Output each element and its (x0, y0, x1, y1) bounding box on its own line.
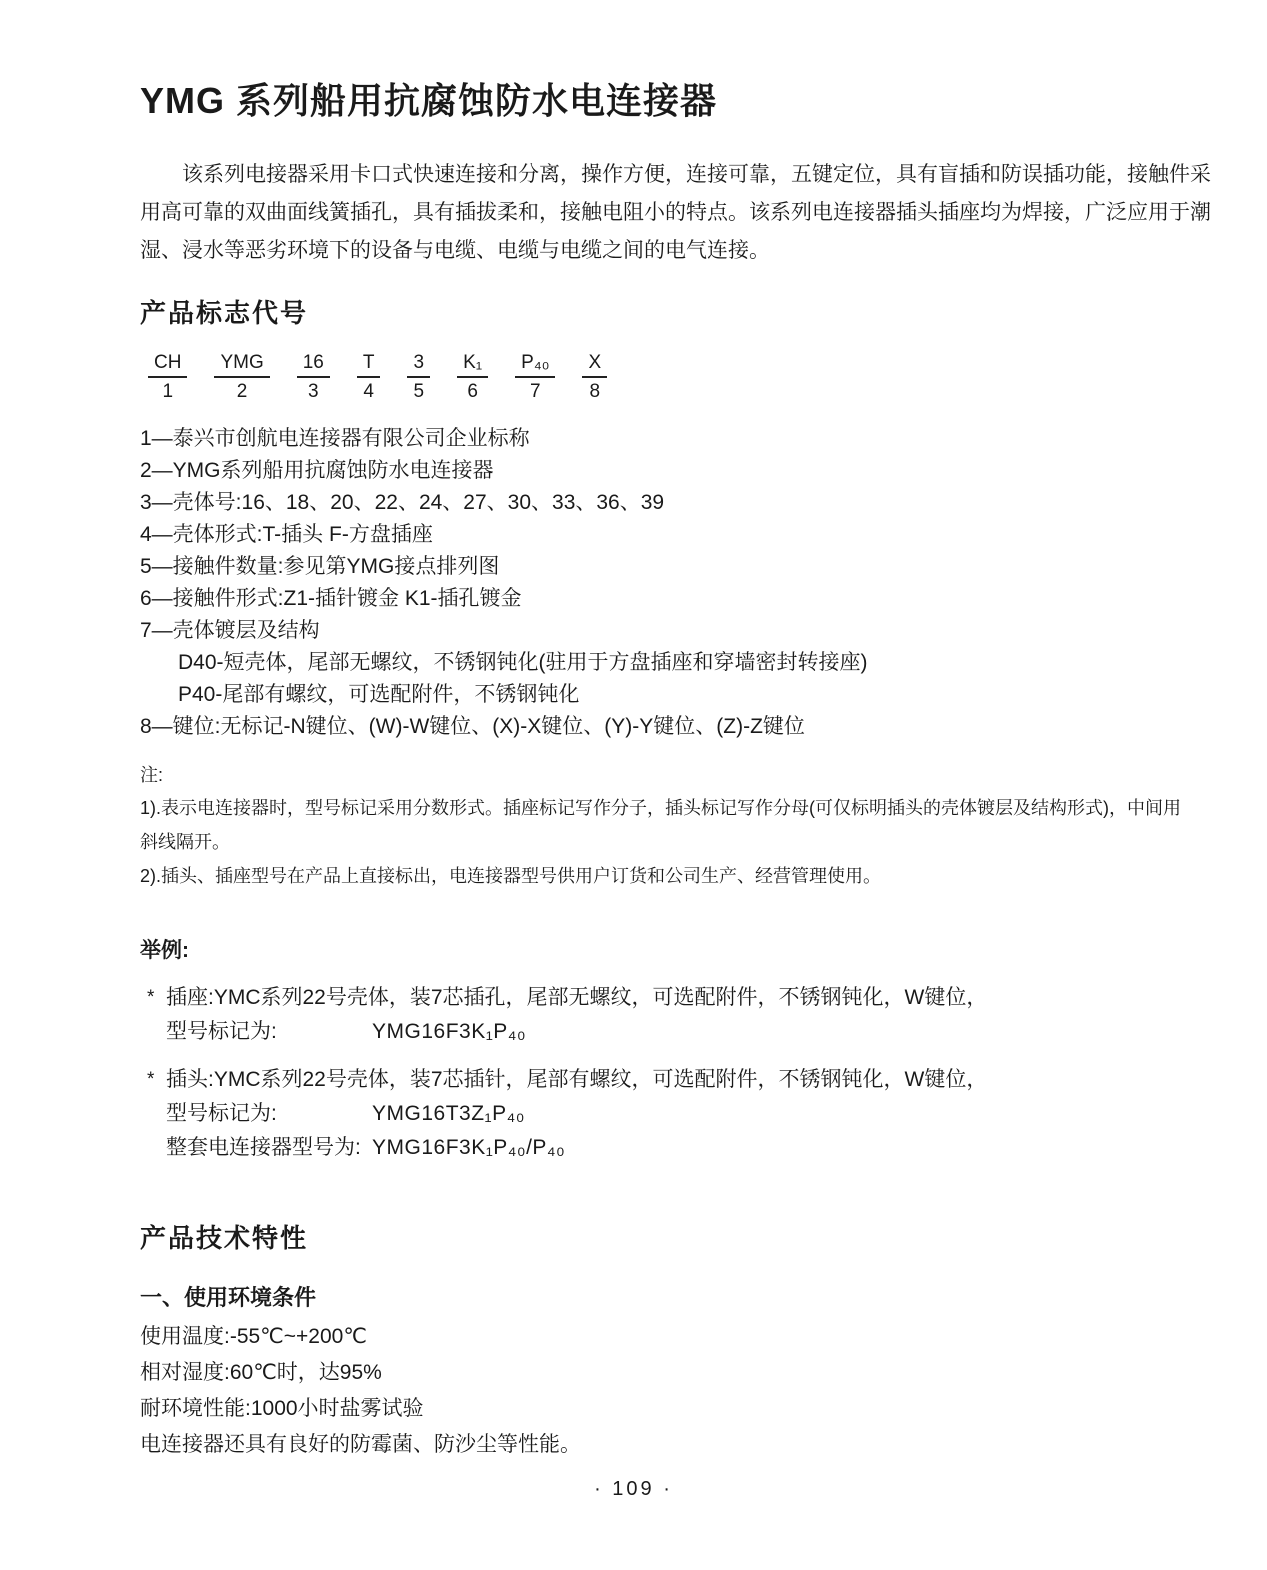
code-fraction: CH 1 (148, 352, 187, 403)
example-model-row: 型号标记为:YMG16F3K₁P₄₀ (140, 1015, 1147, 1049)
document-page: YMG 系列船用抗腐蚀防水电连接器 该系列电接器采用卡口式快速连接和分离，操作方… (0, 0, 1267, 1570)
code-fraction: 16 3 (297, 352, 330, 403)
tech-spec-list: 使用温度:-55℃~+200℃ 相对湿度:60℃时，达95% 耐环境性能:100… (140, 1319, 1147, 1463)
notes-section: 注: 1).表示电连接器时，型号标记采用分数形式。插座标记写作分子，插头标记写作… (140, 759, 1147, 893)
code-fraction-denominator: 4 (363, 378, 374, 403)
code-fraction: P₄₀ 7 (515, 352, 555, 403)
model-number: YMG16F3K₁P₄₀/P₄₀ (372, 1136, 565, 1159)
intro-paragraph: 该系列电接器采用卡口式快速连接和分离，操作方便，连接可靠，五键定位，具有盲插和防… (140, 156, 1147, 270)
page-number: · 109 · (0, 1478, 1267, 1501)
intro-line: 湿、浸水等恶劣环境下的设备与电缆、电缆与电缆之间的电气连接。 (140, 232, 1147, 270)
code-fraction-denominator: 7 (530, 378, 541, 403)
marking-item: 6—接触件形式:Z1-插针镀金 K1-插孔镀金 (140, 583, 1147, 615)
tech-spec-line: 相对湿度:60℃时，达95% (140, 1355, 1147, 1391)
example-bullet: *插头:YMC系列22号壳体，装7芯插针，尾部有螺纹，可选配附件，不锈钢钝化，W… (140, 1063, 1147, 1097)
note-line: 斜线隔开。 (140, 825, 1147, 859)
page-content: YMG 系列船用抗腐蚀防水电连接器 该系列电接器采用卡口式快速连接和分离，操作方… (0, 0, 1267, 1463)
model-number: YMG16F3K₁P₄₀ (372, 1020, 526, 1043)
example-model-row: 型号标记为:YMG16T3Z₁P₄₀ (140, 1097, 1147, 1131)
code-fraction-numerator: 3 (407, 352, 430, 378)
code-fraction-numerator: T (357, 352, 381, 378)
tech-spec-line: 使用温度:-55℃~+200℃ (140, 1319, 1147, 1355)
example-description: 插座:YMC系列22号壳体，装7芯插孔，尾部无螺纹，可选配附件，不锈钢钝化，W键… (166, 986, 987, 1009)
code-fraction: T 4 (357, 352, 381, 403)
model-number: YMG16T3Z₁P₄₀ (372, 1102, 525, 1125)
code-fraction-denominator: 8 (590, 378, 601, 403)
marking-item: 5—接触件数量:参见第YMG接点排列图 (140, 551, 1147, 583)
example-model-row: 整套电连接器型号为:YMG16F3K₁P₄₀/P₄₀ (140, 1131, 1147, 1165)
marking-item-subline: D40-短壳体，尾部无螺纹，不锈钢钝化(驻用于方盘插座和穿墙密封转接座) (140, 647, 1147, 679)
examples-label: 举例: (140, 935, 1147, 967)
code-fraction-numerator: CH (148, 352, 187, 378)
example-bullet: *插座:YMC系列22号壳体，装7芯插孔，尾部无螺纹，可选配附件，不锈钢钝化，W… (140, 981, 1147, 1015)
bullet-marker: * (147, 1063, 166, 1097)
intro-line: 该系列电接器采用卡口式快速连接和分离，操作方便，连接可靠，五键定位，具有盲插和防… (140, 156, 1147, 194)
examples-section: 举例: *插座:YMC系列22号壳体，装7芯插孔，尾部无螺纹，可选配附件，不锈钢… (140, 935, 1147, 1165)
note-line: 2).插头、插座型号在产品上直接标出，电连接器型号供用户订货和公司生产、经营管理… (140, 859, 1147, 893)
page-title: YMG 系列船用抗腐蚀防水电连接器 (140, 80, 1147, 122)
marking-item-list: 1—泰兴市创航电连接器有限公司企业标称 2—YMG系列船用抗腐蚀防水电连接器 3… (140, 423, 1147, 743)
tech-subheading: 一、使用环境条件 (140, 1283, 1147, 1313)
code-fraction-denominator: 3 (308, 378, 319, 403)
code-fraction-denominator: 2 (237, 378, 248, 403)
tech-spec-line: 电连接器还具有良好的防霉菌、防沙尘等性能。 (140, 1427, 1147, 1463)
marking-item: 7—壳体镀层及结构 (140, 615, 1147, 647)
marking-item: 1—泰兴市创航电连接器有限公司企业标称 (140, 423, 1147, 455)
code-fraction: K₁ 6 (457, 352, 488, 403)
marking-item: 2—YMG系列船用抗腐蚀防水电连接器 (140, 455, 1147, 487)
section-heading-tech: 产品技术特性 (140, 1221, 1147, 1255)
bullet-marker: * (147, 981, 166, 1015)
model-label: 整套电连接器型号为: (166, 1131, 372, 1165)
model-label: 型号标记为: (166, 1097, 372, 1131)
code-fraction-denominator: 1 (162, 378, 173, 403)
marking-item: 4—壳体形式:T-插头 F-方盘插座 (140, 519, 1147, 551)
code-fraction-numerator: YMG (214, 352, 269, 378)
code-fraction-denominator: 5 (413, 378, 424, 403)
code-fraction-numerator: K₁ (457, 352, 488, 378)
marking-item: 8—键位:无标记-N键位、(W)-W键位、(X)-X键位、(Y)-Y键位、(Z)… (140, 711, 1147, 743)
code-fraction-numerator: P₄₀ (515, 352, 555, 378)
code-fraction-numerator: 16 (297, 352, 330, 378)
tech-spec-line: 耐环境性能:1000小时盐雾试验 (140, 1391, 1147, 1427)
model-label: 型号标记为: (166, 1015, 372, 1049)
code-fraction-row: CH 1 YMG 2 16 3 T 4 3 5 K₁ 6 (140, 352, 1147, 403)
marking-item-subline: P40-尾部有螺纹，可选配附件，不锈钢钝化 (140, 679, 1147, 711)
code-fraction: 3 5 (407, 352, 430, 403)
code-fraction-numerator: X (582, 352, 607, 378)
notes-label: 注: (140, 759, 1147, 791)
note-line: 1).表示电连接器时，型号标记采用分数形式。插座标记写作分子，插头标记写作分母(… (140, 791, 1147, 825)
code-fraction-denominator: 6 (467, 378, 478, 403)
marking-item: 3—壳体号:16、18、20、22、24、27、30、33、36、39 (140, 487, 1147, 519)
code-fraction: X 8 (582, 352, 607, 403)
example-description: 插头:YMC系列22号壳体，装7芯插针，尾部有螺纹，可选配附件，不锈钢钝化，W键… (166, 1068, 987, 1091)
section-heading-marking: 产品标志代号 (140, 296, 1147, 330)
intro-line: 用高可靠的双曲面线簧插孔，具有插拔柔和，接触电阻小的特点。该系列电连接器插头插座… (140, 194, 1147, 232)
code-fraction: YMG 2 (214, 352, 269, 403)
